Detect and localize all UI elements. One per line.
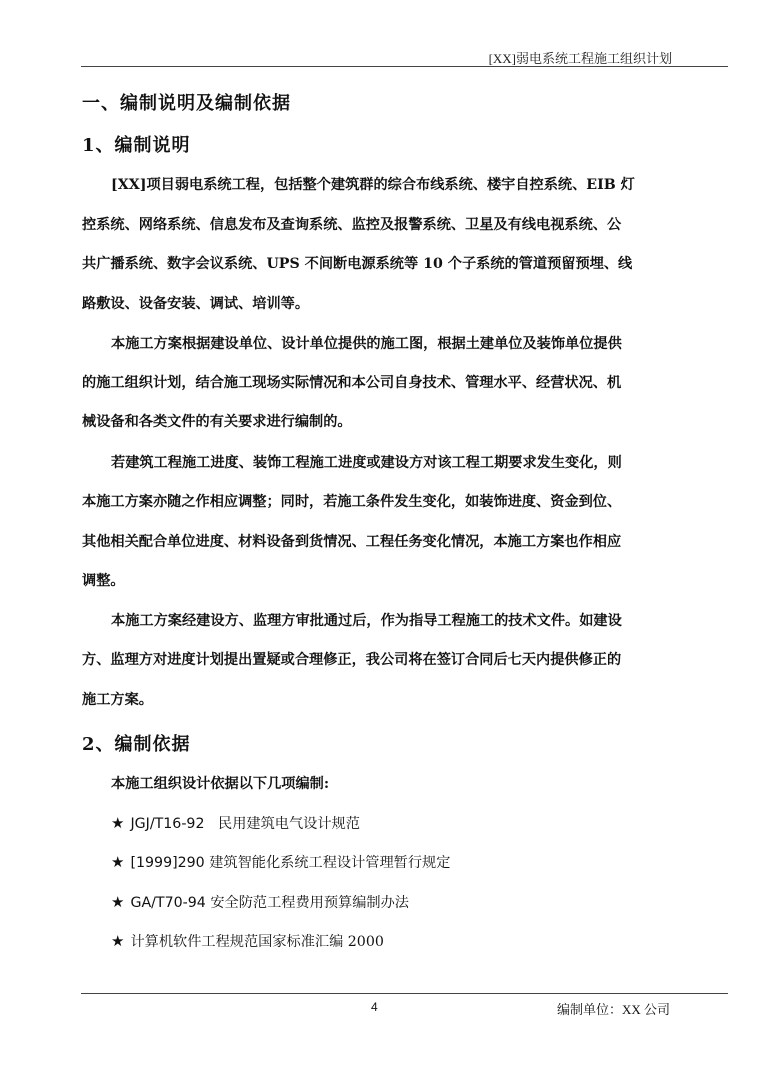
subsection-heading-1: 1、编制说明: [82, 131, 191, 157]
paragraph-1-line: 共广播系统、数字会议系统、UPS 不间断电源系统等 10 个子系统的管道预留预埋…: [82, 253, 632, 273]
reference-item: ★计算机软件工程规范国家标准汇编 2000: [111, 931, 384, 951]
paragraph-3-line: 本施工方案亦随之作相应调整；同时，若施工条件发生变化，如装饰进度、资金到位、: [82, 491, 621, 511]
subsection-heading-2: 2、编制依据: [82, 730, 191, 756]
paragraph-3-line: 调整。: [82, 570, 125, 590]
paragraph-3-line: 若建筑工程施工进度、装饰工程施工进度或建设方对该工程工期要求发生变化，则: [111, 452, 622, 472]
reference-item: ★JGJ/T16-92 民用建筑电气设计规范: [111, 813, 360, 833]
reference-item: ★[1999]290 建筑智能化系统工程设计管理暂行规定: [111, 852, 450, 872]
star-bullet-icon: ★: [111, 932, 124, 950]
reference-title: 建筑智能化系统工程设计管理暂行规定: [209, 855, 450, 871]
reference-title: 安全防范工程费用预算编制办法: [210, 895, 409, 911]
page-number: 4: [371, 1000, 378, 1014]
paragraph-3-line: 其他相关配合单位进度、材料设备到货情况、工程任务变化情况，本施工方案也作相应: [82, 531, 621, 551]
paragraph-4-line: 方、监理方对进度计划提出置疑或合理修正，我公司将在签订合同后七天内提供修正的: [82, 649, 621, 669]
star-bullet-icon: ★: [111, 893, 124, 911]
paragraph-4-line: 本施工方案经建设方、监理方审批通过后，作为指导工程施工的技术文件。如建设: [111, 610, 622, 630]
paragraph-1-line: [XX]项目弱电系统工程，包括整个建筑群的综合布线系统、楼宇自控系统、EIB 灯: [111, 174, 635, 194]
compiler-unit: 编制单位：XX 公司: [557, 999, 670, 1018]
star-bullet-icon: ★: [111, 814, 124, 832]
reference-title: 计算机软件工程规范国家标准汇编 2000: [130, 934, 383, 950]
references-intro: 本施工组织设计依据以下几项编制:: [111, 773, 329, 793]
paragraph-1-line: 控系统、网络系统、信息发布及查询系统、监控及报警系统、卫星及有线电视系统、公: [82, 214, 621, 234]
paragraph-2-line: 械设备和各类文件的有关要求进行编制的。: [82, 411, 352, 431]
reference-code: [1999]290: [130, 855, 204, 871]
footer-divider: [81, 993, 728, 994]
reference-item: ★GA/T70-94 安全防范工程费用预算编制办法: [111, 892, 409, 912]
paragraph-2-line: 本施工方案根据建设单位、设计单位提供的施工图，根据土建单位及装饰单位提供: [111, 333, 622, 353]
reference-code: GA/T70-94: [130, 895, 205, 911]
star-bullet-icon: ★: [111, 853, 124, 871]
reference-title: 民用建筑电气设计规范: [218, 816, 360, 832]
header-title: [XX]弱电系统工程施工组织计划: [489, 48, 672, 67]
paragraph-4-line: 施工方案。: [82, 689, 153, 709]
section-heading: 一、编制说明及编制依据: [82, 89, 291, 115]
reference-code: JGJ/T16-92: [130, 816, 204, 832]
paragraph-2-line: 的施工组织计划，结合施工现场实际情况和本公司自身技术、管理水平、经营状况、机: [82, 372, 621, 392]
header-divider: [81, 66, 728, 67]
paragraph-1-line: 路敷设、设备安装、调试、培训等。: [82, 293, 309, 313]
